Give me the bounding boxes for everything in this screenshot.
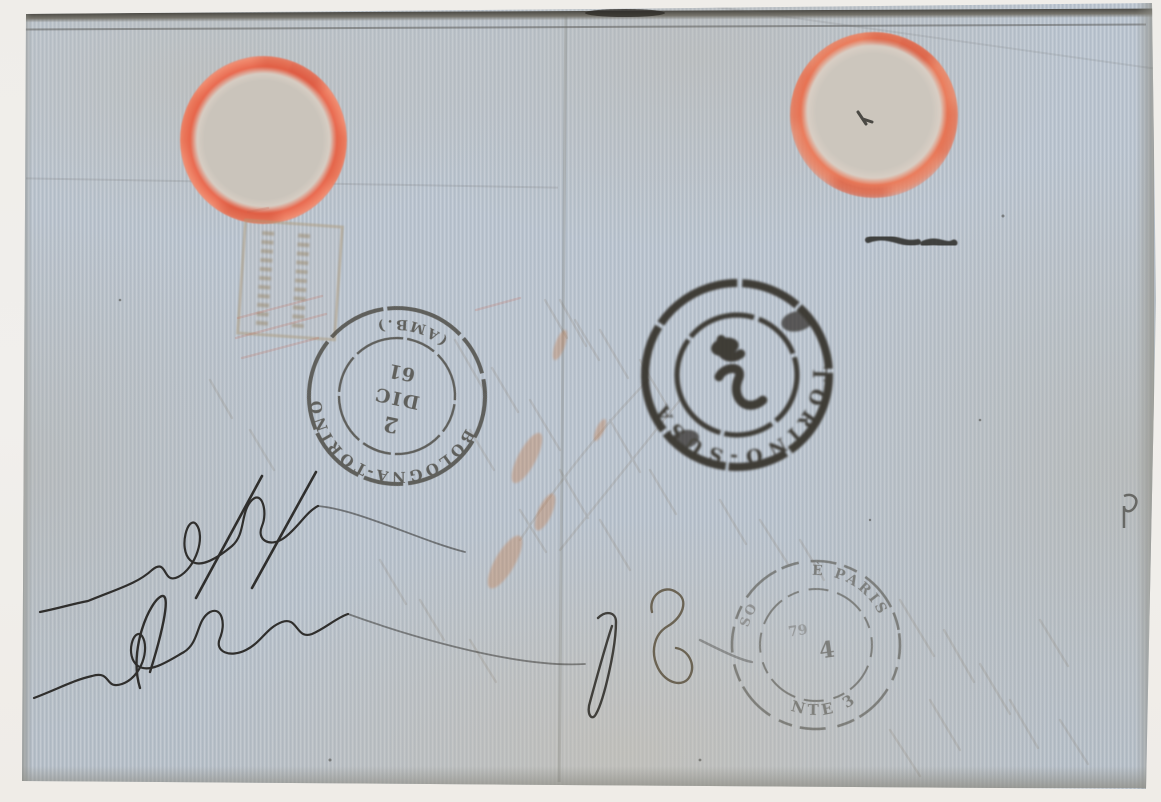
postmark1-date-year: 61 xyxy=(387,359,417,386)
postmark-torino-susa: TORINO-SUSA xyxy=(627,266,847,486)
manuscript-docketing xyxy=(34,472,585,698)
top-edge-ink-mark xyxy=(585,9,665,17)
postmark-bologna-torino: BOLOGNA-TORINO (AMB.) 2 DIC 61 xyxy=(292,292,501,503)
red-showthrough-lines xyxy=(236,208,520,358)
postmark-french-entry: È PARIS SO NTE 3 4 79 xyxy=(721,550,911,740)
postmark1-ring-text-secondary: (AMB.) xyxy=(369,309,453,351)
small-right-edge-mark xyxy=(1124,495,1136,528)
postmark1-date-day: 2 xyxy=(381,411,401,438)
postmark1-date-month: DIC xyxy=(372,382,422,413)
seal-right-ink-fleck xyxy=(858,112,872,124)
ink-overlay: BOLOGNA-TORINO (AMB.) 2 DIC 61 TORINO-SU… xyxy=(0,0,1161,802)
postmark3-fragment-bottom: NTE 3 xyxy=(787,688,862,724)
svg-text:(AMB.): (AMB.) xyxy=(369,309,453,351)
postmark3-fragment-center: 4 xyxy=(817,637,836,665)
postmark3-fragment-center-small: 79 xyxy=(787,622,809,641)
dust-specks xyxy=(119,215,1005,762)
pen-flourishes xyxy=(589,589,752,717)
ink-streak xyxy=(868,237,954,244)
showthrough-strokes xyxy=(210,300,1088,776)
svg-text:BOLOGNA-TORINO: BOLOGNA-TORINO xyxy=(292,393,479,502)
rust-smudges xyxy=(481,328,608,593)
letter-sheet: BOLOGNA-TORINO (AMB.) 2 DIC 61 TORINO-SU… xyxy=(0,0,1161,802)
postmark1-ring-text: BOLOGNA-TORINO xyxy=(292,393,479,502)
svg-text:NTE 3: NTE 3 xyxy=(787,688,862,724)
